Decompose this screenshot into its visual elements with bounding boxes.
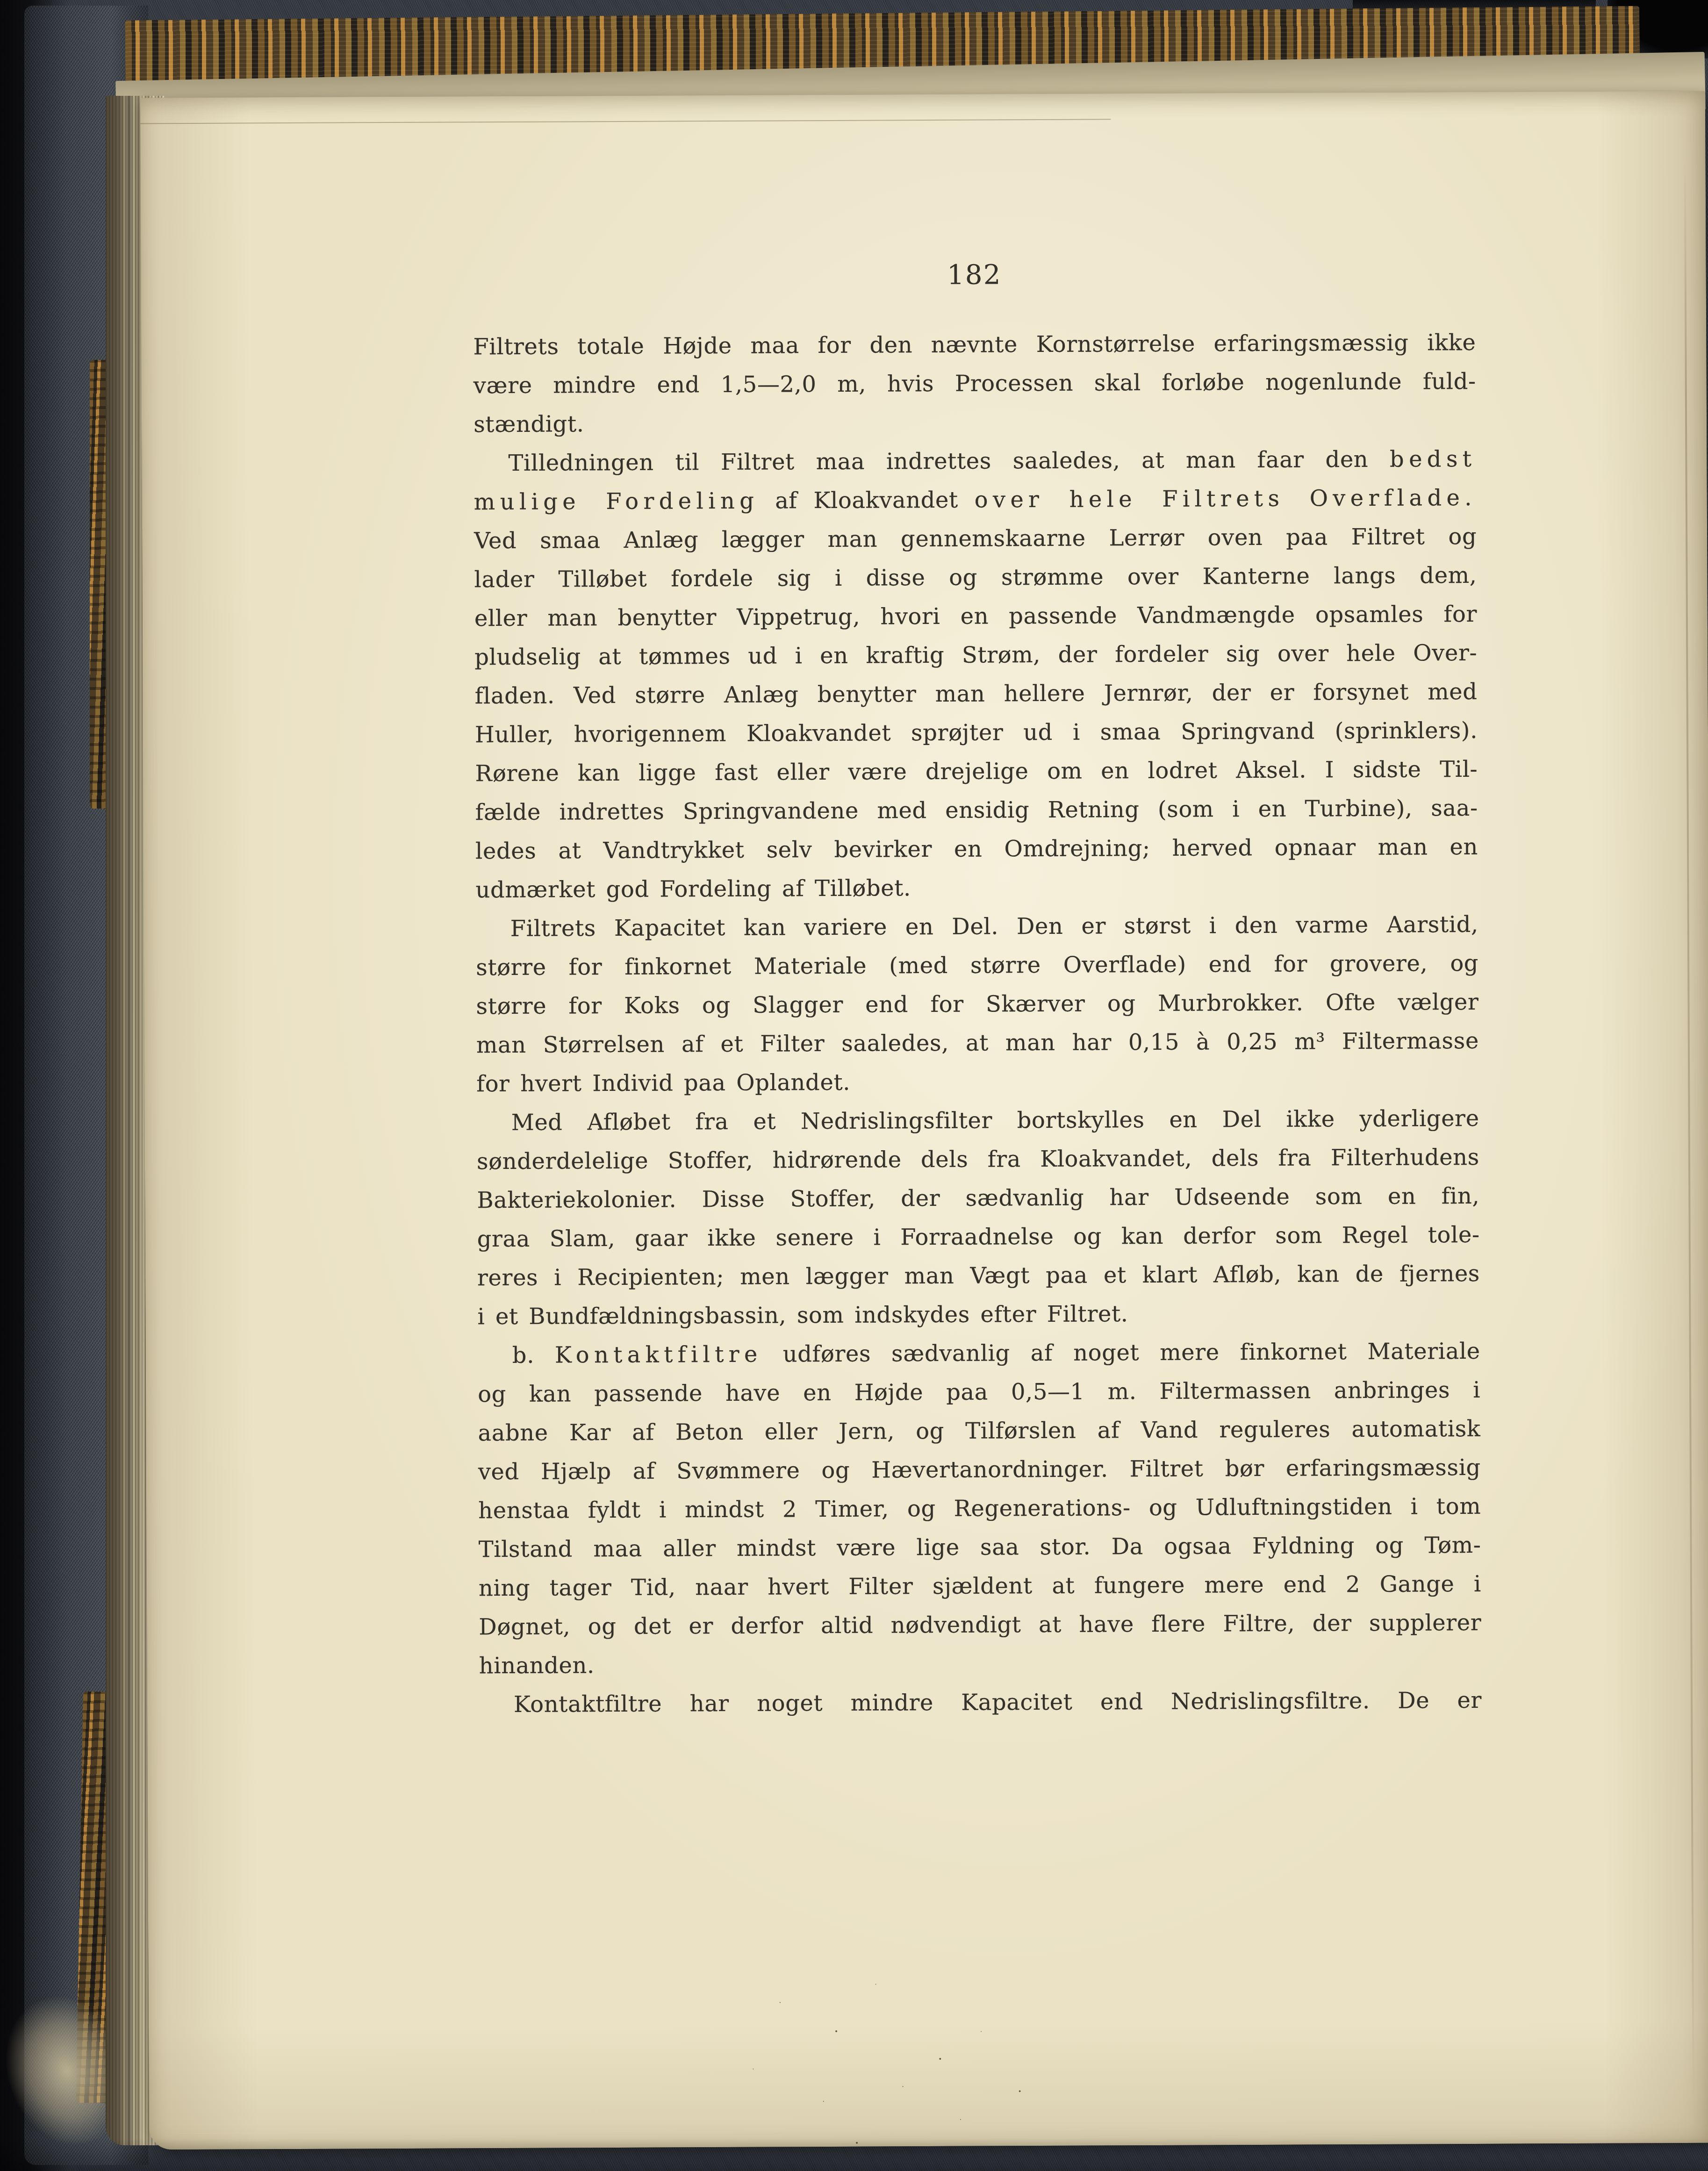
body-text: pludselig at tømmes ud i en kraftig Strø… (474, 640, 1477, 670)
text-line: Med Afløbet fra et Nedrislingsfilter bor… (476, 1099, 1479, 1142)
book-page: 182 Filtrets totale Højde maa for den næ… (140, 91, 1708, 2150)
text-line: eller man benytter Vippetrug, hvori en p… (474, 595, 1477, 638)
body-text: lader Tilløbet fordele sig i disse og st… (474, 562, 1477, 593)
body-text: eller man benytter Vippetrug, hvori en p… (474, 601, 1477, 631)
body-text: Kontaktfiltre har noget mindre Kapacitet… (514, 1687, 1482, 1718)
body-text: fælde indrettes Springvandene med ensidi… (475, 795, 1478, 825)
body-text: stændigt. (474, 411, 584, 437)
bottom-shadow (0, 2138, 1708, 2171)
text-line: fladen. Ved større Anlæg benytter man he… (474, 673, 1477, 716)
body-text: reres i Recipienten; men lægger man Vægt… (477, 1261, 1480, 1291)
body-text: større for finkornet Materiale (med stør… (476, 950, 1478, 981)
text-line: lader Tilløbet fordele sig i disse og st… (474, 556, 1477, 599)
text-line: større for finkornet Materiale (med stør… (476, 944, 1478, 987)
body-text: Filtrets totale Højde maa for den nævnte… (473, 330, 1476, 360)
under-page-edge-line (140, 119, 1111, 124)
body-text: udføres sædvanlig af noget mere finkorne… (762, 1338, 1480, 1368)
emphasized-spaced-text: mulige Fordeling (474, 488, 759, 516)
text-line: hinanden. (479, 1642, 1481, 1685)
text-line: udmærket god Fordeling af Tilløbet. (475, 867, 1478, 910)
body-text: udmærket god Fordeling af Tilløbet. (475, 875, 911, 903)
book-scan-photo: { "colors": { "paper": "#ebe2c5", "ink":… (0, 0, 1708, 2171)
body-text: Tilledningen til Filtret maa indrettes s… (508, 446, 1390, 476)
text-block: Filtrets totale Højde maa for den nævnte… (473, 323, 1482, 1724)
body-text: Filtrets Kapacitet kan variere en Del. D… (510, 911, 1478, 942)
body-text: større for Koks og Slagger end for Skærv… (476, 989, 1478, 1019)
body-text: i et Bundfældningsbassin, som indskydes … (477, 1301, 1128, 1330)
body-text: b. (512, 1342, 555, 1369)
body-text: Med Afløbet fra et Nedrislingsfilter bor… (511, 1105, 1479, 1136)
text-line: b. Kontaktfiltre udføres sædvanlig af no… (478, 1332, 1480, 1375)
body-text: og kan passende have en Højde paa 0,5—1 … (478, 1377, 1480, 1407)
emphasized-spaced-text: Kontaktfiltre (555, 1341, 762, 1369)
text-line: stændigt. (474, 401, 1476, 444)
text-line: man Størrelsen af et Filter saaledes, at… (476, 1022, 1479, 1065)
body-text: sønderdelelige Stoffer, hidrørende dels … (477, 1144, 1479, 1175)
text-line: for hvert Individ paa Oplandet. (476, 1060, 1479, 1103)
text-line: i et Bundfældningsbassin, som indskydes … (477, 1293, 1480, 1336)
body-text: Huller, hvorigennem Kloakvandet sprøjter… (475, 717, 1478, 748)
text-line: større for Koks og Slagger end for Skærv… (476, 983, 1478, 1026)
text-line: Rørene kan ligge fast eller være drejeli… (475, 750, 1478, 793)
page-edge-crease (1684, 157, 1694, 2115)
text-line: ledes at Vandtrykket selv bevirker en Om… (475, 828, 1478, 871)
text-line: pludselig at tømmes ud i en kraftig Strø… (474, 634, 1477, 677)
body-text: Tilstand maa aller mindst være lige saa … (478, 1532, 1481, 1562)
text-line: Filtrets Kapacitet kan variere en Del. D… (476, 905, 1478, 948)
text-line: graa Slam, gaar ikke senere i Forraadnel… (477, 1216, 1479, 1259)
text-line: og kan passende have en Højde paa 0,5—1 … (478, 1371, 1480, 1414)
body-text: ledes at Vandtrykket selv bevirker en Om… (475, 834, 1478, 864)
text-line: henstaa fyldt i mindst 2 Timer, og Regen… (478, 1487, 1481, 1530)
text-line: Tilledningen til Filtret maa indrettes s… (474, 440, 1476, 483)
emphasized-spaced-text: bedst (1390, 446, 1477, 473)
text-line: være mindre end 1,5—2,0 m, hvis Processe… (474, 362, 1476, 405)
body-text: være mindre end 1,5—2,0 m, hvis Processe… (474, 368, 1476, 399)
text-line: mulige Fordeling af Kloakvandet over hel… (474, 479, 1477, 522)
page-number: 182 (473, 257, 1476, 293)
body-text: fladen. Ved større Anlæg benytter man he… (474, 679, 1477, 709)
body-text: Døgnet, og det er derfor altid nødvendig… (479, 1610, 1481, 1640)
body-text: af Kloakvandet (759, 487, 975, 514)
body-text: graa Slam, gaar ikke senere i Forraadnel… (477, 1222, 1480, 1252)
text-line: sønderdelelige Stoffer, hidrørende dels … (477, 1138, 1479, 1181)
text-line: Bakteriekolonier. Disse Stoffer, der sæd… (477, 1177, 1479, 1220)
text-line: Døgnet, og det er derfor altid nødvendig… (479, 1604, 1481, 1647)
text-line: ning tager Tid, naar hvert Filter sjælde… (479, 1565, 1481, 1608)
text-line: Huller, hvorigennem Kloakvandet sprøjter… (475, 711, 1478, 754)
emphasized-spaced-text: over hele Filtrets Overflade. (975, 485, 1477, 513)
text-line: ved Hjælp af Svømmere og Hævertanordning… (478, 1448, 1481, 1491)
text-line: fælde indrettes Springvandene med ensidi… (475, 789, 1478, 832)
text-line: Filtrets totale Højde maa for den nævnte… (473, 323, 1476, 366)
body-text: aabne Kar af Beton eller Jern, og Tilfør… (478, 1416, 1480, 1446)
text-line: Ved smaa Anlæg lægger man gennemskaarne … (474, 517, 1477, 560)
body-text: ning tager Tid, naar hvert Filter sjælde… (479, 1571, 1481, 1601)
ink-speckles (780, 2002, 781, 2003)
body-text: henstaa fyldt i mindst 2 Timer, og Regen… (478, 1493, 1481, 1524)
body-text: Ved smaa Anlæg lægger man gennemskaarne … (474, 523, 1477, 554)
text-line: Tilstand maa aller mindst være lige saa … (478, 1526, 1481, 1569)
body-text: Bakteriekolonier. Disse Stoffer, der sæd… (477, 1183, 1479, 1213)
body-text: hinanden. (479, 1652, 595, 1679)
body-text: ved Hjælp af Svømmere og Hævertanordning… (478, 1454, 1481, 1485)
body-text: for hvert Individ paa Oplandet. (476, 1069, 850, 1097)
text-line: Kontaktfiltre har noget mindre Kapacitet… (479, 1681, 1482, 1724)
body-text: Rørene kan ligge fast eller være drejeli… (475, 756, 1478, 787)
text-line: aabne Kar af Beton eller Jern, og Tilfør… (478, 1410, 1480, 1453)
body-text: man Størrelsen af et Filter saaledes, at… (476, 1028, 1479, 1058)
text-line: reres i Recipienten; men lægger man Vægt… (477, 1254, 1480, 1297)
